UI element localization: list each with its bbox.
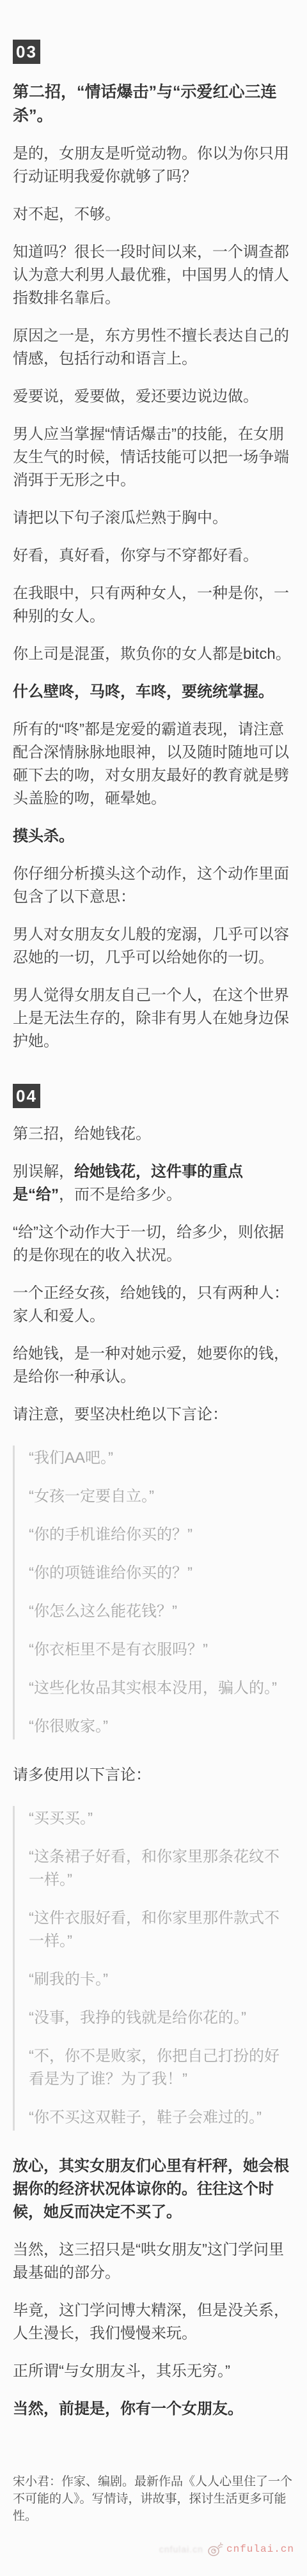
paragraph: 原因之一是，东方男性不擅长表达自己的情感，包括行动和语言上。 <box>13 325 294 371</box>
paragraph: 男人应当掌握“情话爆击”的技能，在女朋友生气的时候，情话技能可以把一场争端消弭于… <box>13 423 294 492</box>
quote-line: “你很败家。” <box>29 1715 294 1738</box>
bold-paragraph: 当然，前提是，你有一个女朋友。 <box>13 2398 294 2421</box>
paragraph: 在我眼中，只有两种女人，一种是你，一种别的女人。 <box>13 582 294 628</box>
quote-line: “我们AA吧。” <box>29 1447 294 1470</box>
watermark-echo-text: cnfulai.cn <box>159 2544 203 2554</box>
paragraph: 给她钱，是一种对她示爱，她要你的钱，是给你一种承认。 <box>13 1343 294 1389</box>
quote-line: “你衣柜里不是有衣服吗？” <box>29 1639 294 1662</box>
paragraph: 对不起，不够。 <box>13 203 294 226</box>
quote-line: “这件衣服好看，和你家里那件款式不一样。” <box>29 1907 294 1953</box>
quote-line: “没事，我挣的钱就是给你花的。” <box>29 2007 294 2030</box>
paragraph: 当然，这三招只是“哄女朋友”这门学问里最基础的部分。 <box>13 2239 294 2285</box>
paragraph: 请注意，要坚决杜绝以下言论： <box>13 1403 294 1426</box>
quote-line: “这些化妆品其实根本没用，骗人的。” <box>29 1677 294 1700</box>
bold-paragraph: 什么壁咚，马咚，车咚，要统统掌握。 <box>13 681 294 704</box>
section-03: 03 第二招，“情话爆击”与“示爱红心三连杀”。 是的，女朋友是听觉动物。你以为… <box>13 40 294 1053</box>
quote-line: “你的项链谁给你买的？” <box>29 1562 294 1585</box>
article-body: 03 第二招，“情话爆击”与“示爱红心三连杀”。 是的，女朋友是听觉动物。你以为… <box>0 0 307 2576</box>
author-bio: 宋小君：作家、编剧。最新作品《人人心里住了一个不可能的人》。写情诗，讲故事，探讨… <box>13 2473 294 2525</box>
paragraph: 一个正经女孩，给她钱的，只有两种人：家人和爱人。 <box>13 1282 294 1328</box>
quote-line: “女孩一定要自立。” <box>29 1485 294 1508</box>
paragraph-text: ，而不是给多少。 <box>59 1186 182 1203</box>
paragraph: 请把以下句子滚瓜烂熟于胸中。 <box>13 507 294 530</box>
paragraph: 是的，女朋友是听觉动物。你以为你只用行动证明我爱你就够了吗？ <box>13 143 294 189</box>
paragraph: 你上司是混蛋，欺负你的女人都是bitch。 <box>13 643 294 666</box>
bold-paragraph: 放心，其实女朋友们心里有杆秤，她会根据你的经济状况体谅你的。往往这个时候，她反而… <box>13 2155 294 2224</box>
paragraph: 知道吗？很长一段时间以来，一个调查都认为意大利男人最优雅，中国男人的情人指数排名… <box>13 241 294 310</box>
quote-line: “你的手机谁给你买的？” <box>29 1523 294 1546</box>
quote-line: “买买买。” <box>29 1807 294 1830</box>
paragraph: 请多使用以下言论： <box>13 1764 294 1787</box>
paragraph-text: 别误解， <box>13 1163 74 1180</box>
forbidden-remarks-quote-block: “我们AA吧。” “女孩一定要自立。” “你的手机谁给你买的？” “你的项链谁给… <box>13 1446 294 1739</box>
paragraph: 男人觉得女朋友自己一个人，在这个世界上是无法生存的，除非有男人在她身边保护她。 <box>13 984 294 1053</box>
paragraph: “给”这个动作大于一切，给多少，则依据的是你现在的收入状况。 <box>13 1221 294 1267</box>
section-badge-04: 04 <box>13 1084 40 1108</box>
section-04: 04 第三招，给她钱花。 别误解，给她钱花，这件事的重点是“给”，而不是给多少。… <box>13 1084 294 2421</box>
quote-line: “刷我的卡。” <box>29 1968 294 1991</box>
watermark-text: cnfulai.cn <box>226 2543 294 2555</box>
weibo-eye-icon <box>207 2541 224 2557</box>
section-badge-03: 03 <box>13 40 40 64</box>
paragraph: 毕竟，这门学问博大精深，但是没关系，人生漫长，我们慢慢来玩。 <box>13 2299 294 2345</box>
paragraph: 男人对女朋友女儿般的宠溺，几乎可以容忍她的一切，几乎可以给她你的一切。 <box>13 923 294 969</box>
paragraph: 爱要说，爱要做，爱还要边说边做。 <box>13 385 294 408</box>
quote-line: “不，你不是败家，你把自己打扮的好看是为了谁？为了我！” <box>29 2045 294 2091</box>
paragraph: 所有的“咚”都是宠爱的霸道表现，请注意配合深情脉脉地眼神，以及随时随地可以砸下去… <box>13 718 294 810</box>
recommended-remarks-quote-block: “买买买。” “这条裙子好看，和你家里那条花纹不一样。” “这件衣服好看，和你家… <box>13 1806 294 2131</box>
bold-paragraph: 摸头杀。 <box>13 825 294 848</box>
quote-line: “这条裙子好看，和你家里那条花纹不一样。” <box>29 1846 294 1892</box>
site-watermark: cnfulai.cn cnfulai.cn <box>13 2541 294 2557</box>
quote-line: “你怎么这么能花钱？” <box>29 1600 294 1623</box>
section-heading: 第二招，“情话爆击”与“示爱红心三连杀”。 <box>13 81 294 128</box>
mixed-paragraph: 别误解，给她钱花，这件事的重点是“给”，而不是给多少。 <box>13 1161 294 1207</box>
paragraph: 第三招，给她钱花。 <box>13 1123 294 1146</box>
paragraph: 正所谓“与女朋友斗，其乐无穷。” <box>13 2360 294 2383</box>
quote-line: “你不买这双鞋子，鞋子会难过的。” <box>29 2106 294 2129</box>
paragraph: 好看，真好看，你穿与不穿都好看。 <box>13 544 294 567</box>
paragraph: 你仔细分析摸头这个动作，这个动作里面包含了以下意思： <box>13 863 294 909</box>
